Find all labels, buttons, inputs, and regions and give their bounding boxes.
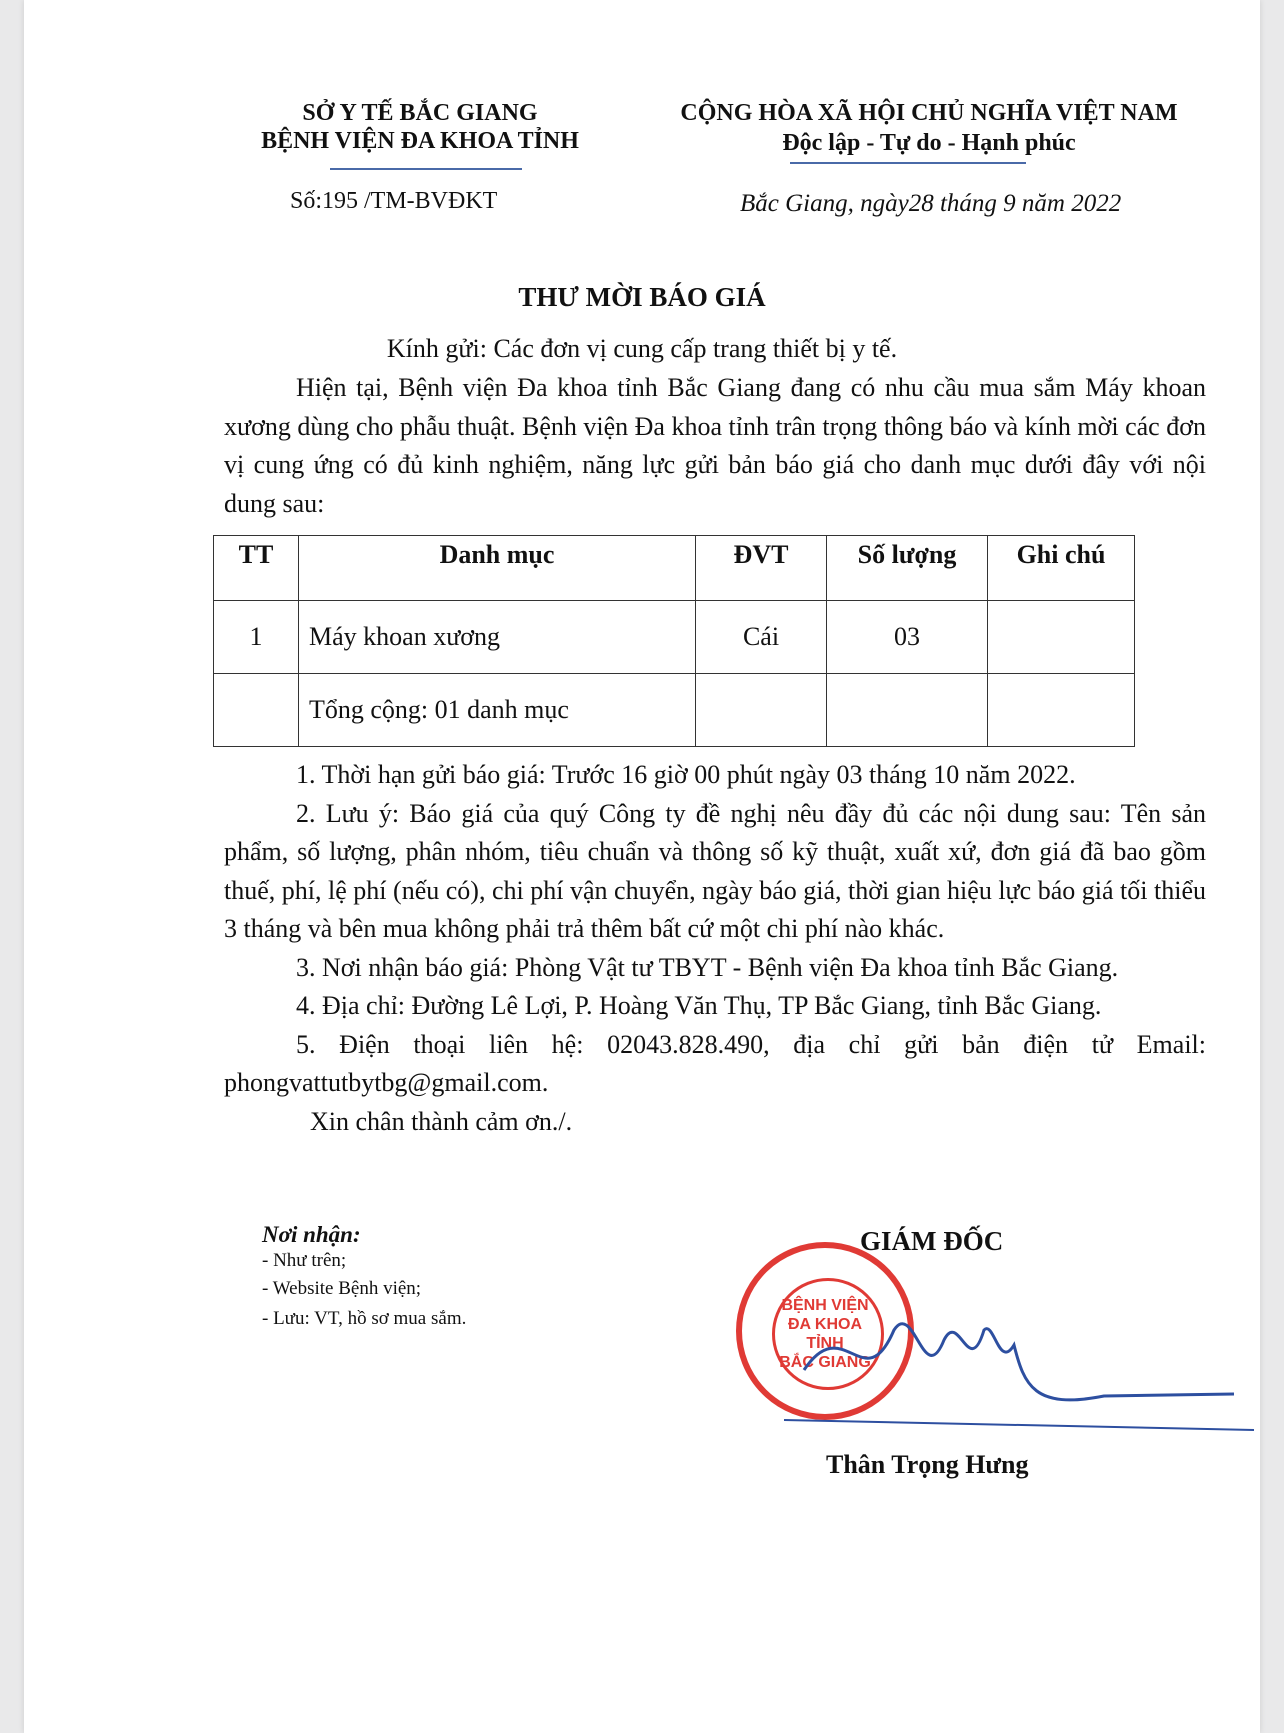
intro-paragraph: Hiện tại, Bệnh viện Đa khoa tỉnh Bắc Gia… bbox=[224, 369, 1206, 523]
country-title: CỘNG HÒA XÃ HỘI CHỦ NGHĨA VIỆT NAM bbox=[634, 100, 1224, 127]
table-row: 1 Máy khoan xương Cái 03 bbox=[214, 601, 1135, 674]
document-date: Bắc Giang, ngày28 tháng 9 năm 2022 bbox=[740, 190, 1121, 218]
agency-name: SỞ Y TẾ BẮC GIANG bbox=[220, 100, 620, 127]
hospital-name: BỆNH VIỆN ĐA KHOA TỈNH bbox=[220, 128, 620, 155]
signer-role: GIÁM ĐỐC bbox=[860, 1226, 1003, 1257]
greeting: Kính gửi: Các đơn vị cung cấp trang thiế… bbox=[24, 334, 1260, 364]
recipients-title: Nơi nhận: bbox=[262, 1222, 361, 1248]
motto-underline bbox=[790, 162, 1026, 164]
document-page: SỞ Y TẾ BẮC GIANG BỆNH VIỆN ĐA KHOA TỈNH… bbox=[24, 0, 1260, 1733]
signature-scribble bbox=[784, 1290, 1264, 1440]
motto: Độc lập - Tự do - Hạnh phúc bbox=[634, 130, 1224, 157]
table-row: Tổng cộng: 01 danh mục bbox=[214, 674, 1135, 747]
signer-name: Thân Trọng Hưng bbox=[826, 1450, 1029, 1480]
notes: 1. Thời hạn gửi báo giá: Trước 16 giờ 00… bbox=[224, 756, 1206, 1141]
page-title: THƯ MỜI BÁO GIÁ bbox=[24, 282, 1260, 313]
divider bbox=[330, 168, 522, 170]
document-number: Số:195 /TM-BVĐKT bbox=[290, 188, 497, 215]
items-table: TT Danh mục ĐVT Số lượng Ghi chú 1 Máy k… bbox=[213, 535, 1135, 747]
